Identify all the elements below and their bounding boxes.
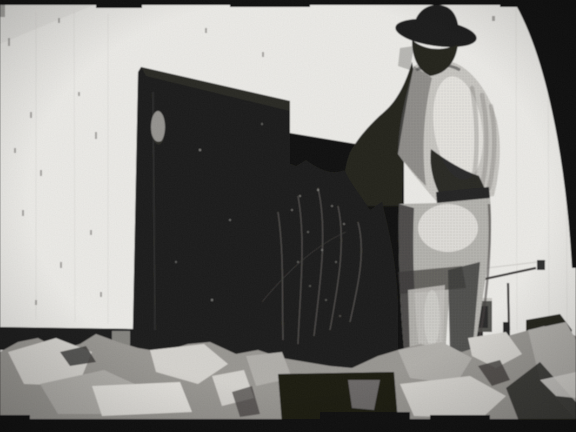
film-still-svg — [0, 0, 576, 432]
vignette-overlay — [0, 0, 576, 432]
film-frame — [0, 0, 576, 432]
